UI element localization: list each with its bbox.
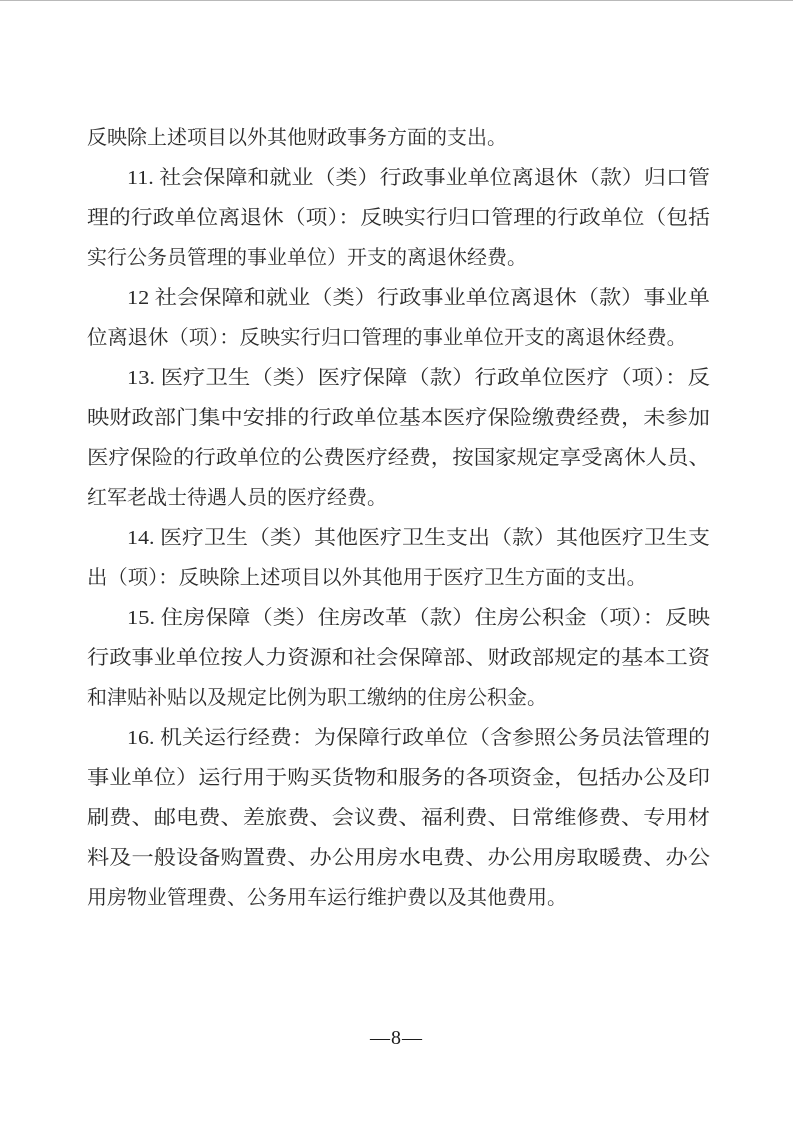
document-page: 反映除上述项目以外其他财政事务方面的支出。11. 社会保障和就业（类）行政事业单… [0,0,793,1122]
text-line-content: 医疗保险的行政单位的公费医疗经费，按国家规定享受离休人员、 [87,438,710,478]
text-line: 事业单位）运行用于购买货物和服务的各项资金，包括办公及印 [87,758,710,798]
text-line-content: 刷费、邮电费、差旅费、会议费、福利费、日常维修费、专用材 [87,798,710,838]
text-line-content: 14. 医疗卫生（类）其他医疗卫生支出（款）其他医疗卫生支 [127,518,710,558]
text-line-content: 11. 社会保障和就业（类）行政事业单位离退休（款）归口管 [127,158,710,198]
text-line-content: 15. 住房保障（类）住房改革（款）住房公积金（项）：反映 [127,598,710,638]
text-line: 映财政部门集中安排的行政单位基本医疗保险缴费经费，未参加 [87,398,710,438]
text-line-content: 出（项）：反映除上述项目以外其他用于医疗卫生方面的支出。 [87,558,647,598]
text-line: 12 社会保障和就业（类）行政事业单位离退休（款）事业单 [87,278,710,318]
text-line-content: 13. 医疗卫生（类）医疗保障（款）行政单位医疗（项）：反 [127,358,710,398]
text-line: 刷费、邮电费、差旅费、会议费、福利费、日常维修费、专用材 [87,798,710,838]
text-line: 出（项）：反映除上述项目以外其他用于医疗卫生方面的支出。 [87,558,710,598]
paragraph: 12 社会保障和就业（类）行政事业单位离退休（款）事业单位离退休（项）：反映实行… [87,278,710,358]
text-line-content: 红军老战士待遇人员的医疗经费。 [87,478,387,518]
text-line-content: 理的行政单位离退休（项）：反映实行归口管理的行政单位（包括 [87,198,710,238]
text-line-content: 16. 机关运行经费：为保障行政单位（含参照公务员法管理的 [127,718,710,758]
text-line-content: 映财政部门集中安排的行政单位基本医疗保险缴费经费，未参加 [87,398,710,438]
text-line: 实行公务员管理的事业单位）开支的离退休经费。 [87,238,710,278]
text-line: 11. 社会保障和就业（类）行政事业单位离退休（款）归口管 [87,158,710,198]
text-block: 反映除上述项目以外其他财政事务方面的支出。11. 社会保障和就业（类）行政事业单… [87,118,710,918]
text-line-content: 12 社会保障和就业（类）行政事业单位离退休（款）事业单 [127,278,710,318]
text-line-content: 位离退休（项）：反映实行归口管理的事业单位开支的离退休经费。 [87,318,687,358]
page-top-edge [0,0,793,1]
page-number: —8— [370,1027,423,1049]
text-line: 行政事业单位按人力资源和社会保障部、财政部规定的基本工资 [87,638,710,678]
text-line: 医疗保险的行政单位的公费医疗经费，按国家规定享受离休人员、 [87,438,710,478]
text-line: 理的行政单位离退休（项）：反映实行归口管理的行政单位（包括 [87,198,710,238]
text-line-content: 和津贴补贴以及规定比例为职工缴纳的住房公积金。 [87,678,547,718]
text-line: 反映除上述项目以外其他财政事务方面的支出。 [87,118,710,158]
paragraph: 11. 社会保障和就业（类）行政事业单位离退休（款）归口管理的行政单位离退休（项… [87,158,710,278]
text-line-content: 实行公务员管理的事业单位）开支的离退休经费。 [87,238,527,278]
text-line-content: 料及一般设备购置费、办公用房水电费、办公用房取暖费、办公 [87,838,710,878]
text-line-content: 事业单位）运行用于购买货物和服务的各项资金，包括办公及印 [87,758,710,798]
text-line: 用房物业管理费、公务用车运行维护费以及其他费用。 [87,878,710,918]
paragraph: 15. 住房保障（类）住房改革（款）住房公积金（项）：反映行政事业单位按人力资源… [87,598,710,718]
paragraph: 反映除上述项目以外其他财政事务方面的支出。 [87,118,710,158]
text-line-content: 行政事业单位按人力资源和社会保障部、财政部规定的基本工资 [87,638,710,678]
text-line: 14. 医疗卫生（类）其他医疗卫生支出（款）其他医疗卫生支 [87,518,710,558]
paragraph: 14. 医疗卫生（类）其他医疗卫生支出（款）其他医疗卫生支出（项）：反映除上述项… [87,518,710,598]
text-line: 位离退休（项）：反映实行归口管理的事业单位开支的离退休经费。 [87,318,710,358]
text-line: 红军老战士待遇人员的医疗经费。 [87,478,710,518]
page-footer: —8— [0,1022,793,1054]
text-line-content: 反映除上述项目以外其他财政事务方面的支出。 [87,118,507,158]
paragraph: 16. 机关运行经费：为保障行政单位（含参照公务员法管理的事业单位）运行用于购买… [87,718,710,918]
text-line: 13. 医疗卫生（类）医疗保障（款）行政单位医疗（项）：反 [87,358,710,398]
text-line-content: 用房物业管理费、公务用车运行维护费以及其他费用。 [87,878,567,918]
text-line: 15. 住房保障（类）住房改革（款）住房公积金（项）：反映 [87,598,710,638]
text-line: 料及一般设备购置费、办公用房水电费、办公用房取暖费、办公 [87,838,710,878]
paragraph: 13. 医疗卫生（类）医疗保障（款）行政单位医疗（项）：反映财政部门集中安排的行… [87,358,710,518]
text-line: 和津贴补贴以及规定比例为职工缴纳的住房公积金。 [87,678,710,718]
text-line: 16. 机关运行经费：为保障行政单位（含参照公务员法管理的 [87,718,710,758]
